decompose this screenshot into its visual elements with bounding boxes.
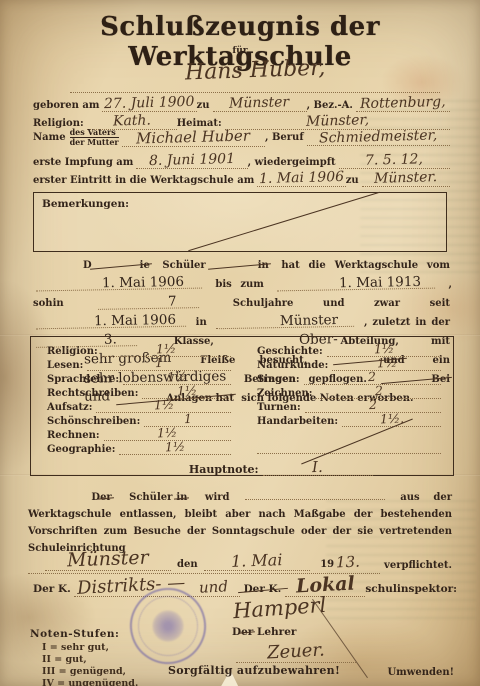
- grade-value: 1½: [176, 385, 197, 398]
- born-line: geboren am 27. Juli 1900 zu Münster , Be…: [33, 96, 450, 112]
- attendance-p5: in: [196, 317, 207, 328]
- lehrer-er-struck: er: [241, 626, 253, 638]
- student-name: Hans Huber,: [184, 56, 325, 86]
- hauptnote-row: Hauptnote: I.: [47, 459, 441, 476]
- impfung-date: 8. Juni 1901: [149, 152, 235, 168]
- impfung-label: erste Impfung am: [33, 157, 136, 169]
- parents-stack: des Vaters der Mutter: [70, 128, 119, 147]
- impfung-cell: 8. Juni 1901: [136, 153, 247, 169]
- eintritt-label: erster Eintritt in die Werktagschule am: [33, 175, 257, 187]
- heimat-value: Münster,: [306, 113, 369, 129]
- eintritt-place-cell: Münster.: [362, 171, 450, 187]
- grade-label: Handarbeiten:: [257, 416, 342, 427]
- attendance-schueler: Schüler: [162, 260, 205, 271]
- wiedergeimpft-label: , wiedergeimpft: [248, 157, 339, 169]
- date-place: Münster: [67, 547, 149, 572]
- noten-stufen-item: I = sehr gut,: [42, 642, 138, 654]
- attendance-from: 1. Mai 1906: [36, 276, 202, 292]
- dismissal-d: D: [91, 492, 100, 503]
- born-label: geboren am: [33, 100, 102, 112]
- grade-label: Singen:: [257, 374, 304, 385]
- attendance-p4: Schuljahre und zwar seit: [233, 298, 450, 309]
- inspector-signature-block: Hamperl: [195, 596, 365, 620]
- fuer-label: für: [0, 46, 480, 56]
- beruf-label: , Beruf: [265, 132, 307, 144]
- grade-value: 2: [369, 399, 377, 412]
- dismissal-verpflichtet: verpflichtet.: [380, 557, 452, 574]
- father-name: Michael Huber: [136, 128, 250, 146]
- attendance-die-struck: ie: [92, 256, 150, 275]
- grade-value: 2: [368, 371, 376, 384]
- noten-stufen-item: II = gut,: [42, 654, 138, 666]
- grades-table: Religion:1½ Lesen:1 Sprachlehre:1½ Recht…: [30, 336, 454, 476]
- grade-value: 1: [183, 413, 191, 426]
- grade-label: Rechnen:: [47, 430, 104, 441]
- attendance-p1: hat die Werktagschule vom: [281, 260, 450, 271]
- beruf-value: Schmiedmeister,: [319, 128, 438, 145]
- grade-label: Lesen:: [47, 360, 87, 371]
- impfung-line: erste Impfung am 8. Juni 1901 , wiederge…: [33, 153, 450, 169]
- grade-value: 1½: [157, 427, 178, 440]
- mother-label: der Mutter: [70, 138, 119, 147]
- dismissal-blank-line: [245, 488, 385, 500]
- hauptnote-cell: I.: [263, 459, 373, 476]
- year-hw-cell: 13.: [336, 553, 360, 571]
- grade-value: 1½: [153, 399, 174, 412]
- grade-value-cell: 1½.: [342, 410, 441, 427]
- wiedergeimpft-date: 7. 5. 12,: [365, 152, 423, 168]
- certificate-document: Schlußzeugnis der Werktagschule für Hans…: [0, 0, 480, 686]
- born-district: Rottenburg,: [360, 95, 446, 111]
- born-zu-label: zu: [197, 100, 213, 112]
- inspector-der-k-struck: Der K.: [240, 583, 286, 597]
- year-print: 19: [310, 559, 336, 571]
- attendance-in-struck: in: [210, 256, 269, 275]
- attendance-since: 1. Mai 1906: [36, 314, 186, 330]
- eintritt-date: 1. Mai 1906: [259, 170, 344, 186]
- grade-label: Sprachlehre:: [47, 374, 123, 385]
- grade-label: Aufsatz:: [47, 402, 96, 413]
- born-district-label: , Bez.-A.: [307, 100, 356, 112]
- inspector-line: Der K. Distrikts- — und Der K. Lokal sch…: [33, 574, 460, 597]
- parents-name-label: Name: [33, 132, 66, 143]
- parents-line: Name des Vaters der Mutter Michael Huber…: [33, 128, 450, 148]
- grade-label: Geschichte:: [257, 346, 327, 357]
- noten-stufen-item: III = genügend,: [42, 666, 138, 678]
- grade-label: Geographie:: [47, 444, 119, 455]
- eintritt-place: Münster.: [374, 170, 437, 186]
- beruf-cell: Schmiedmeister,: [307, 130, 450, 146]
- date-value: 1. Mai: [231, 550, 283, 571]
- inspector-der-k-label: Der K.: [33, 583, 74, 597]
- student-name-line: Hans Huber,: [70, 58, 440, 93]
- dismissal-in-struck: in: [176, 489, 187, 506]
- grades-right-column: Geschichte:1½ Naturkunde:1½ Singen:2 Zei…: [257, 343, 441, 455]
- date-line: Münster den 1. Mai 19 13.: [45, 548, 360, 571]
- born-date: 27. Juli 1900: [104, 95, 195, 111]
- grade-value-cell: 1½: [119, 438, 231, 455]
- eintritt-line: erster Eintritt in die Werktagschule am …: [33, 171, 450, 187]
- bemerkungen-label: Bemerkungen:: [42, 198, 129, 210]
- year-hw: 13.: [336, 553, 360, 572]
- attendance-p2: bis zum: [215, 279, 264, 290]
- date-cell: 1. Mai: [204, 551, 311, 571]
- hauptnote-label: Hauptnote:: [189, 463, 263, 476]
- hauptnote-value: I.: [312, 460, 323, 475]
- grade-row: Handarbeiten:1½.: [257, 413, 441, 427]
- grade-value: 1½: [156, 343, 177, 356]
- teacher-signature: Zeuer.: [267, 640, 326, 664]
- noten-stufen-legend: Noten-Stufen: I = sehr gut, II = gut, II…: [30, 628, 138, 686]
- parents-label: Name des Vaters der Mutter: [33, 128, 122, 148]
- grade-value: 2: [375, 385, 383, 398]
- empty-grade-row: [257, 427, 441, 454]
- grades-columns: Religion:1½ Lesen:1 Sprachlehre:1½ Recht…: [47, 343, 441, 455]
- attendance-to: 1. Mai 1913: [277, 276, 435, 292]
- turn-over-note: Umwenden!: [387, 667, 454, 678]
- den-label: den: [171, 559, 204, 571]
- eintritt-cell: 1. Mai 1906: [257, 171, 345, 187]
- parents-name-cell: Michael Huber: [122, 130, 265, 147]
- attendance-p6: , zuletzt in der: [364, 317, 450, 328]
- teacher-signature-block: Zeuer.: [236, 641, 356, 663]
- attendance-years: 7: [98, 295, 199, 310]
- grades-left-column: Religion:1½ Lesen:1 Sprachlehre:1½ Recht…: [47, 343, 231, 455]
- grade-value: 1: [155, 357, 163, 370]
- grade-row: Geographie:1½: [47, 441, 231, 455]
- grade-value: 1½: [165, 441, 186, 454]
- born-date-cell: 27. Juli 1900: [102, 96, 196, 112]
- bemerkungen-box: Bemerkungen:: [33, 192, 447, 252]
- noten-stufen-item: IV = ungenügend.: [42, 678, 138, 686]
- born-district-cell: Rottenburg,: [356, 96, 450, 112]
- date-place-cell: Münster: [45, 548, 171, 571]
- inspector-und: und: [199, 577, 229, 596]
- bemerkungen-slash: [188, 192, 380, 251]
- wiedergeimpft-cell: 7. 5. 12,: [339, 153, 450, 169]
- keep-carefully-note: Sorgfältig aufzubewahren!: [168, 664, 340, 677]
- dismissal-schueler: Schüler: [129, 492, 172, 503]
- noten-stufen-title: Noten-Stufen:: [30, 628, 138, 640]
- lehrer-label: Lehrer: [257, 626, 296, 638]
- religion-value: Kath.: [113, 114, 151, 129]
- dismissal-wird: wird: [205, 492, 230, 503]
- inspector-schulinspektor-label: schulinspektor:: [365, 583, 460, 597]
- born-place: Münster: [229, 95, 290, 111]
- grade-label: Turnen:: [257, 402, 305, 413]
- attendance-place: Münster: [216, 314, 354, 329]
- eintritt-zu-label: zu: [346, 175, 362, 187]
- born-place-cell: Münster: [213, 96, 307, 112]
- inspector-signature: Hamperl: [233, 593, 328, 623]
- grade-value: 1½: [167, 371, 188, 384]
- lehrer-label-line: Der Lehrer: [232, 626, 296, 638]
- dismissal-er-struck: er: [100, 489, 112, 506]
- grade-value: 1½: [376, 357, 397, 370]
